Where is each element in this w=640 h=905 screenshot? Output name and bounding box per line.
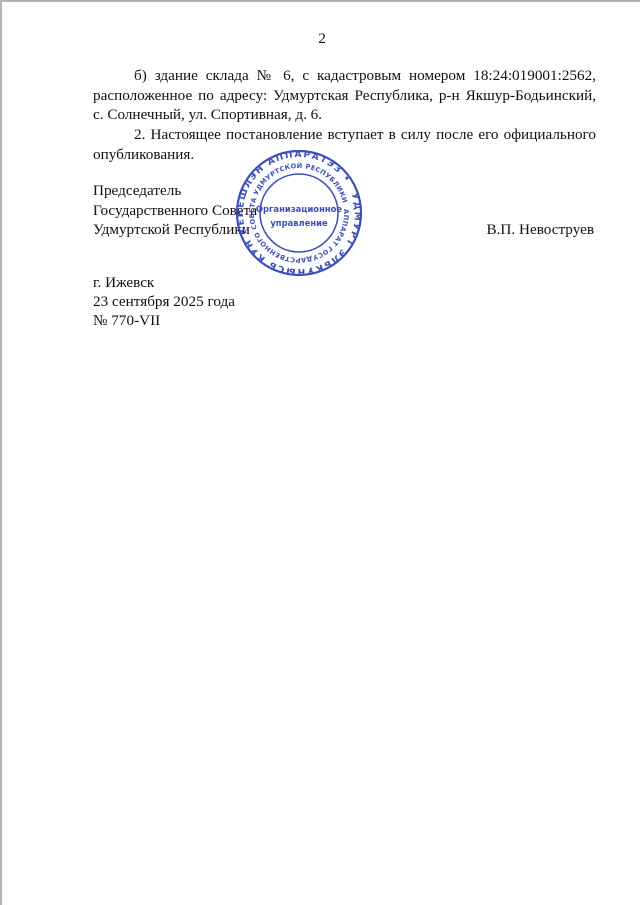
stamp-center-line2: управление	[270, 218, 328, 228]
paragraph-text: б) здание склада № 6, с кадастровым номе…	[93, 67, 596, 123]
decree-number: № 770-VII	[93, 313, 160, 328]
signature-title-line: Удмуртской Республики	[93, 222, 250, 237]
paragraph-b-warehouse: б) здание склада № 6, с кадастровым номе…	[93, 66, 596, 125]
page-number: 2	[2, 31, 640, 46]
decree-date: 23 сентября 2025 года	[93, 294, 235, 309]
document-page: 2 б) здание склада № 6, с кадастровым но…	[0, 0, 640, 905]
official-stamp-icon: УДМУРТ ЭЛЬКУНЫСЬ КУН КЕНЕШЛЭН АППАРАТЭЗ …	[234, 148, 364, 278]
stamp-center-line1: Организационное	[256, 204, 342, 214]
signatory-name: В.П. Невоструев	[487, 222, 595, 237]
city: г. Ижевск	[93, 275, 154, 290]
signature-title-line: Председатель	[93, 183, 181, 198]
signature-title-line: Государственного Совета	[93, 203, 257, 218]
